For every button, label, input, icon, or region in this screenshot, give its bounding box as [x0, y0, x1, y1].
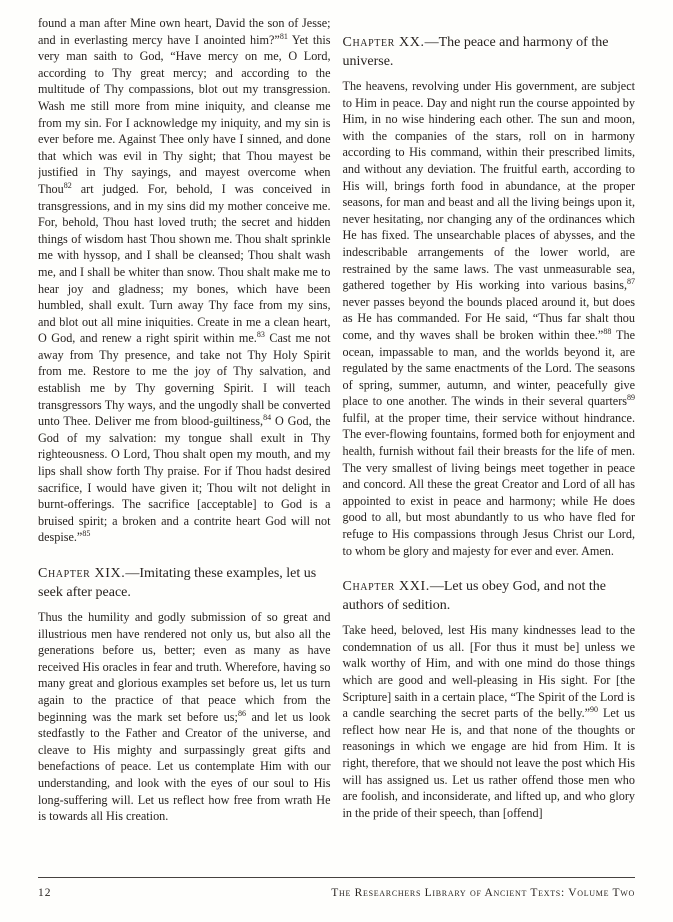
text-run: art judged. For, behold, I was conceived… [38, 182, 331, 345]
footnote-marker: 87 [627, 277, 635, 286]
text-run: fulfil, at the proper time, their servic… [343, 411, 636, 558]
footnote-marker: 81 [280, 32, 288, 41]
page-number: 12 [38, 887, 52, 899]
text-run: Yet this very man saith to God, “Have me… [38, 33, 331, 196]
text-columns: found a man after Mine own heart, David … [38, 15, 635, 865]
left-column: found a man after Mine own heart, David … [38, 15, 331, 865]
footnote-marker: 86 [238, 709, 246, 718]
right-column: Chapter XX.—The peace and harmony of the… [343, 15, 636, 865]
text-run: Chapter XXI. [343, 579, 430, 594]
body-paragraph: Thus the humility and godly submission o… [38, 609, 331, 825]
volume-title: The Researchers Library of Ancient Texts… [331, 887, 635, 899]
chapter-heading: Chapter XX.—The peace and harmony of the… [343, 33, 636, 71]
text-run: The heavens, revolving under His governm… [343, 79, 636, 292]
text-run: never passes beyond the bounds placed ar… [343, 295, 636, 342]
chapter-heading: Chapter XIX.—Imitating these examples, l… [38, 564, 331, 602]
text-run: Chapter XIX. [38, 566, 125, 581]
chapter-heading: Chapter XXI.—Let us obey God, and not th… [343, 577, 636, 615]
text-run: Chapter XX. [343, 35, 425, 50]
footnote-marker: 82 [64, 181, 72, 190]
page-footer: 12 The Researchers Library of Ancient Te… [38, 877, 635, 899]
text-run: O God, the God of my salvation: my tongu… [38, 414, 331, 544]
text-run: Thus the humility and godly submission o… [38, 610, 331, 724]
footnote-marker: 90 [590, 705, 598, 714]
footnote-marker: 83 [257, 330, 265, 339]
footnote-marker: 89 [627, 393, 635, 402]
book-page: found a man after Mine own heart, David … [0, 0, 673, 922]
footnote-marker: 84 [263, 413, 271, 422]
body-paragraph: The heavens, revolving under His governm… [343, 78, 636, 559]
body-paragraph: found a man after Mine own heart, David … [38, 15, 331, 546]
text-run: Let us reflect how near He is, and that … [343, 706, 636, 820]
text-run: and let us look stedfastly to the Father… [38, 710, 331, 824]
footnote-marker: 85 [82, 529, 90, 538]
body-paragraph: Take heed, beloved, lest His many kindne… [343, 622, 636, 821]
